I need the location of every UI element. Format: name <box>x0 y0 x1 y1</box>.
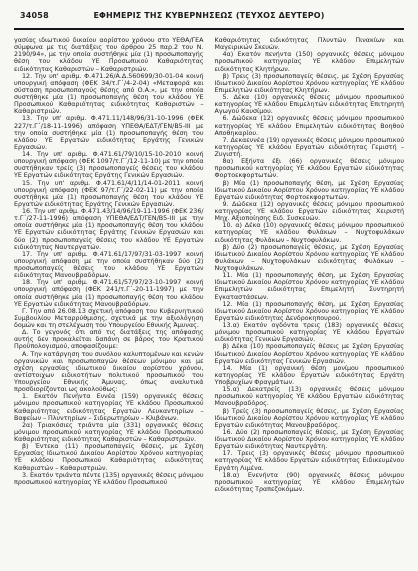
paragraph: 2α) Τριακόσιες τριάντα μία (331) οργανικ… <box>14 422 204 443</box>
paragraph: 17. Τρεις (3) οργανικές θέσεις μόνιμου π… <box>215 450 405 471</box>
left-column: γασίας ιδιωτικού δικαίου αορίστου χρόνου… <box>14 37 204 493</box>
paragraph: β) Έντεκα (11) προσωποπαγείς θέσεις, με … <box>14 443 204 472</box>
paragraph: 11. Μία (1) προσωποπαγής θέση, με Σχέση … <box>215 272 405 301</box>
paragraph: γασίας ιδιωτικού δικαίου αορίστου χρόνου… <box>14 37 204 73</box>
gazette-title: ΕΦΗΜΕΡΙΣ ΤΗΣ ΚΥΒΕΡΝΗΣΕΩΣ (ΤΕΥΧΟΣ ΔΕΥΤΕΡΟ… <box>14 11 404 20</box>
paragraph: Γ. Την από 26.08.13 σχετική απόφαση του … <box>14 308 204 329</box>
paragraph: 10. α) Δέκα (10) οργανικές θέσεις μόνιμο… <box>215 222 405 243</box>
paragraph: 8α) Εξήντα έξι (66) οργανικές θέσεις μόν… <box>215 158 405 179</box>
paragraph: 12. Μία (1) προσωποπαγής θέση, με Σχέση … <box>215 301 405 322</box>
right-column: Καθαριότητας ειδικότητας Πλυντών Πινακίω… <box>215 37 405 493</box>
paragraph: Καθαριότητας ειδικότητας Πλυντών Πινακίω… <box>215 37 405 51</box>
text-columns: γασίας ιδιωτικού δικαίου αορίστου χρόνου… <box>14 37 404 493</box>
paragraph: 5. Δέκα (10) οργανικές θέσεις μόνιμου πρ… <box>215 94 405 115</box>
paragraph: 14. Την υπ' αριθμ. Φ.471.61/79/10/15-10-… <box>14 151 204 180</box>
paragraph: Δ. Το γεγονός ότι από τις διατάξεις της … <box>14 329 204 350</box>
paragraph: 16. Την υπ' αριθμ. Φ.471.43/14/96/19-11-… <box>14 208 204 251</box>
paragraph: 12. Την υπ' αριθμ. Φ.471.26/Α.Δ.560699/3… <box>14 73 204 116</box>
paragraph: 1. Εκατόν Πενήντα Εννέα (159) οργανικές … <box>14 393 204 422</box>
paragraph: 3. Εκατόν τριάντα πέντε (135) οργανικές … <box>14 472 204 486</box>
paragraph: 13. Την υπ' αριθμ. Φ.471.11/148/96/31-10… <box>14 115 204 151</box>
gazette-page: 34058 ΕΦΗΜΕΡΙΣ ΤΗΣ ΚΥΒΕΡΝΗΣΕΩΣ (ΤΕΥΧΟΣ Δ… <box>0 0 418 571</box>
paragraph: 18. Την υπ' αριθμ. Φ.471.61/57/97/23-10-… <box>14 279 204 308</box>
paragraph: 4α) Εκατόν πενήντα (150) οργανικές θέσει… <box>215 51 405 72</box>
paragraph: 16. Δύο (2) προσωποπαγείς θέσεις, με Σχέ… <box>215 429 405 450</box>
header-rule <box>14 28 404 30</box>
paragraph: β) Δύο (2) προσωποπαγείς θέσεις, με Σχέσ… <box>215 244 405 273</box>
paragraph: β) Δέκα (10) προσωποπαγείς θέσεις με Σχέ… <box>215 343 405 364</box>
paragraph: β) Μία (1) προσωποπαγής θέση, με Σχέση Ε… <box>215 180 405 201</box>
masthead: 34058 ΕΦΗΜΕΡΙΣ ΤΗΣ ΚΥΒΕΡΝΗΣΕΩΣ (ΤΕΥΧΟΣ Δ… <box>14 11 404 24</box>
paragraph: 15.α) Δεκατρείς (13) οργανικές θέσεις μό… <box>215 386 405 407</box>
paragraph: β) Τρεις (3) προσωποπαγείς θέσεις, με Σχ… <box>215 73 405 94</box>
paragraph: 18.α) Ενενήντα (90) οργανικές θέσεις μόν… <box>215 472 405 493</box>
paragraph: 15. Την υπ' αριθμ. Φ.471.61/4/11/14-01-2… <box>14 180 204 209</box>
paragraph: β) Τρείς (3) προσωποπαγείς θέσεις, με Σχ… <box>215 408 405 429</box>
paragraph: 13.α) Εκατόν ογδόντα τρεις (183) οργανικ… <box>215 322 405 343</box>
paragraph: 9. Δώδεκα (12) οργανικές θέσεις μόνιμου … <box>215 201 405 222</box>
paragraph: Α. Την κατάργηση του συνόλου καλυπτομένω… <box>14 351 204 394</box>
paragraph: 17. Την υπ' αριθμ. Φ.471.61/17/97/31-03-… <box>14 251 204 280</box>
paragraph: 6. Δώδεκα (12) οργανικές θέσεις μόνιμου … <box>215 115 405 136</box>
paragraph: 14. Μία (1) οργανική θέση μονίμου προσωπ… <box>215 365 405 386</box>
paragraph: 7. Δεκαεννέα (19) οργανικές θέσεις μόνιμ… <box>215 137 405 158</box>
